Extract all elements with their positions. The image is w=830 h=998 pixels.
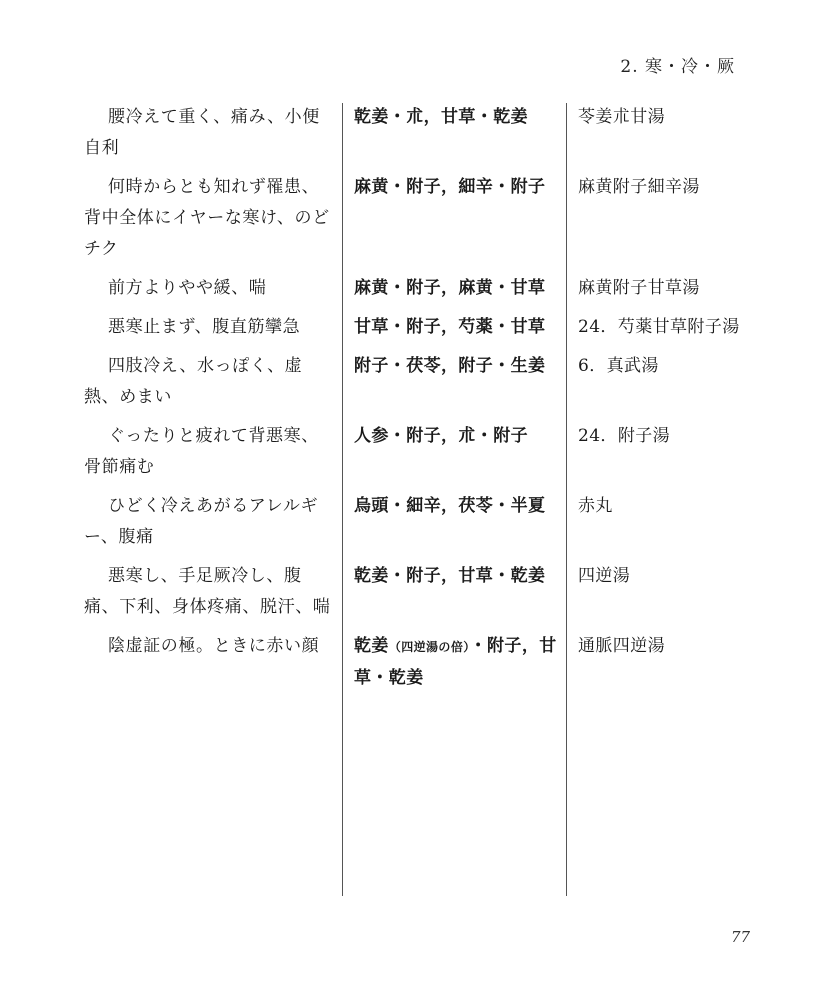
symptom-cell: ひどく冷えあがるアレルギー、腹痛	[84, 491, 332, 553]
herbs-cell: 麻黄・附子，細辛・附子	[354, 172, 564, 203]
table-row: 悪寒止まず、腹直筋攣急 甘草・附子，芍薬・甘草 24．芍薬甘草附子湯	[84, 312, 764, 351]
herbs-cell: 麻黄・附子，麻黄・甘草	[354, 273, 564, 304]
symptom-cell: 何時からとも知れず罹患、背中全体にイヤーな寒け、のどチク	[84, 172, 332, 265]
page-number: 77	[731, 928, 750, 946]
symptom-cell: ぐったりと疲れて背悪寒、骨節痛む	[84, 421, 332, 483]
herbs-cell: 乾姜・朮，甘草・乾姜	[354, 102, 564, 133]
formula-cell: 24．附子湯	[578, 421, 768, 452]
herbs-cell: 乾姜・附子，甘草・乾姜	[354, 561, 564, 592]
table-row: 腰冷えて重く、痛み、小便自利 乾姜・朮，甘草・乾姜 苓姜朮甘湯	[84, 102, 764, 172]
herbs-cell: 烏頭・細辛，茯苓・半夏	[354, 491, 564, 522]
herbs-main: 乾姜	[354, 636, 389, 656]
table-row: 四肢冷え、水っぽく、虚熱、めまい 附子・茯苓，附子・生姜 6．真武湯	[84, 351, 764, 421]
running-head: 2. 寒・冷・厥	[620, 52, 735, 77]
symptom-cell: 悪寒し、手足厥冷し、腹痛、下利、身体疼痛、脱汗、喘	[84, 561, 332, 623]
symptom-cell: 腰冷えて重く、痛み、小便自利	[84, 102, 332, 164]
table-row: 悪寒し、手足厥冷し、腹痛、下利、身体疼痛、脱汗、喘 乾姜・附子，甘草・乾姜 四逆…	[84, 561, 764, 631]
herbs-cell: 乾姜（四逆湯の倍）・附子，甘草・乾姜	[354, 631, 564, 694]
herbs-cell: 人参・附子，朮・附子	[354, 421, 564, 452]
symptom-cell: 陰虚証の極。ときに赤い顔	[84, 631, 332, 662]
symptom-cell: 四肢冷え、水っぽく、虚熱、めまい	[84, 351, 332, 413]
prescription-table: 腰冷えて重く、痛み、小便自利 乾姜・朮，甘草・乾姜 苓姜朮甘湯 何時からとも知れ…	[84, 102, 764, 701]
table-row: 陰虚証の極。ときに赤い顔 乾姜（四逆湯の倍）・附子，甘草・乾姜 通脈四逆湯	[84, 631, 764, 701]
herbs-cell: 附子・茯苓，附子・生姜	[354, 351, 564, 382]
herbs-cell: 甘草・附子，芍薬・甘草	[354, 312, 564, 343]
table-row: ひどく冷えあがるアレルギー、腹痛 烏頭・細辛，茯苓・半夏 赤丸	[84, 491, 764, 561]
table-row: 前方よりやや緩、喘 麻黄・附子，麻黄・甘草 麻黄附子甘草湯	[84, 273, 764, 312]
formula-cell: 苓姜朮甘湯	[578, 102, 768, 133]
symptom-cell: 前方よりやや緩、喘	[84, 273, 332, 304]
formula-cell: 赤丸	[578, 491, 768, 522]
formula-cell: 麻黄附子細辛湯	[578, 172, 768, 203]
formula-cell: 通脈四逆湯	[578, 631, 768, 662]
herbs-note: （四逆湯の倍）	[389, 640, 470, 654]
table-row: 何時からとも知れず罹患、背中全体にイヤーな寒け、のどチク 麻黄・附子，細辛・附子…	[84, 172, 764, 273]
formula-cell: 四逆湯	[578, 561, 768, 592]
formula-cell: 6．真武湯	[578, 351, 768, 382]
formula-cell: 24．芍薬甘草附子湯	[578, 312, 768, 343]
symptom-cell: 悪寒止まず、腹直筋攣急	[84, 312, 332, 343]
table-row: ぐったりと疲れて背悪寒、骨節痛む 人参・附子，朮・附子 24．附子湯	[84, 421, 764, 491]
formula-cell: 麻黄附子甘草湯	[578, 273, 768, 304]
